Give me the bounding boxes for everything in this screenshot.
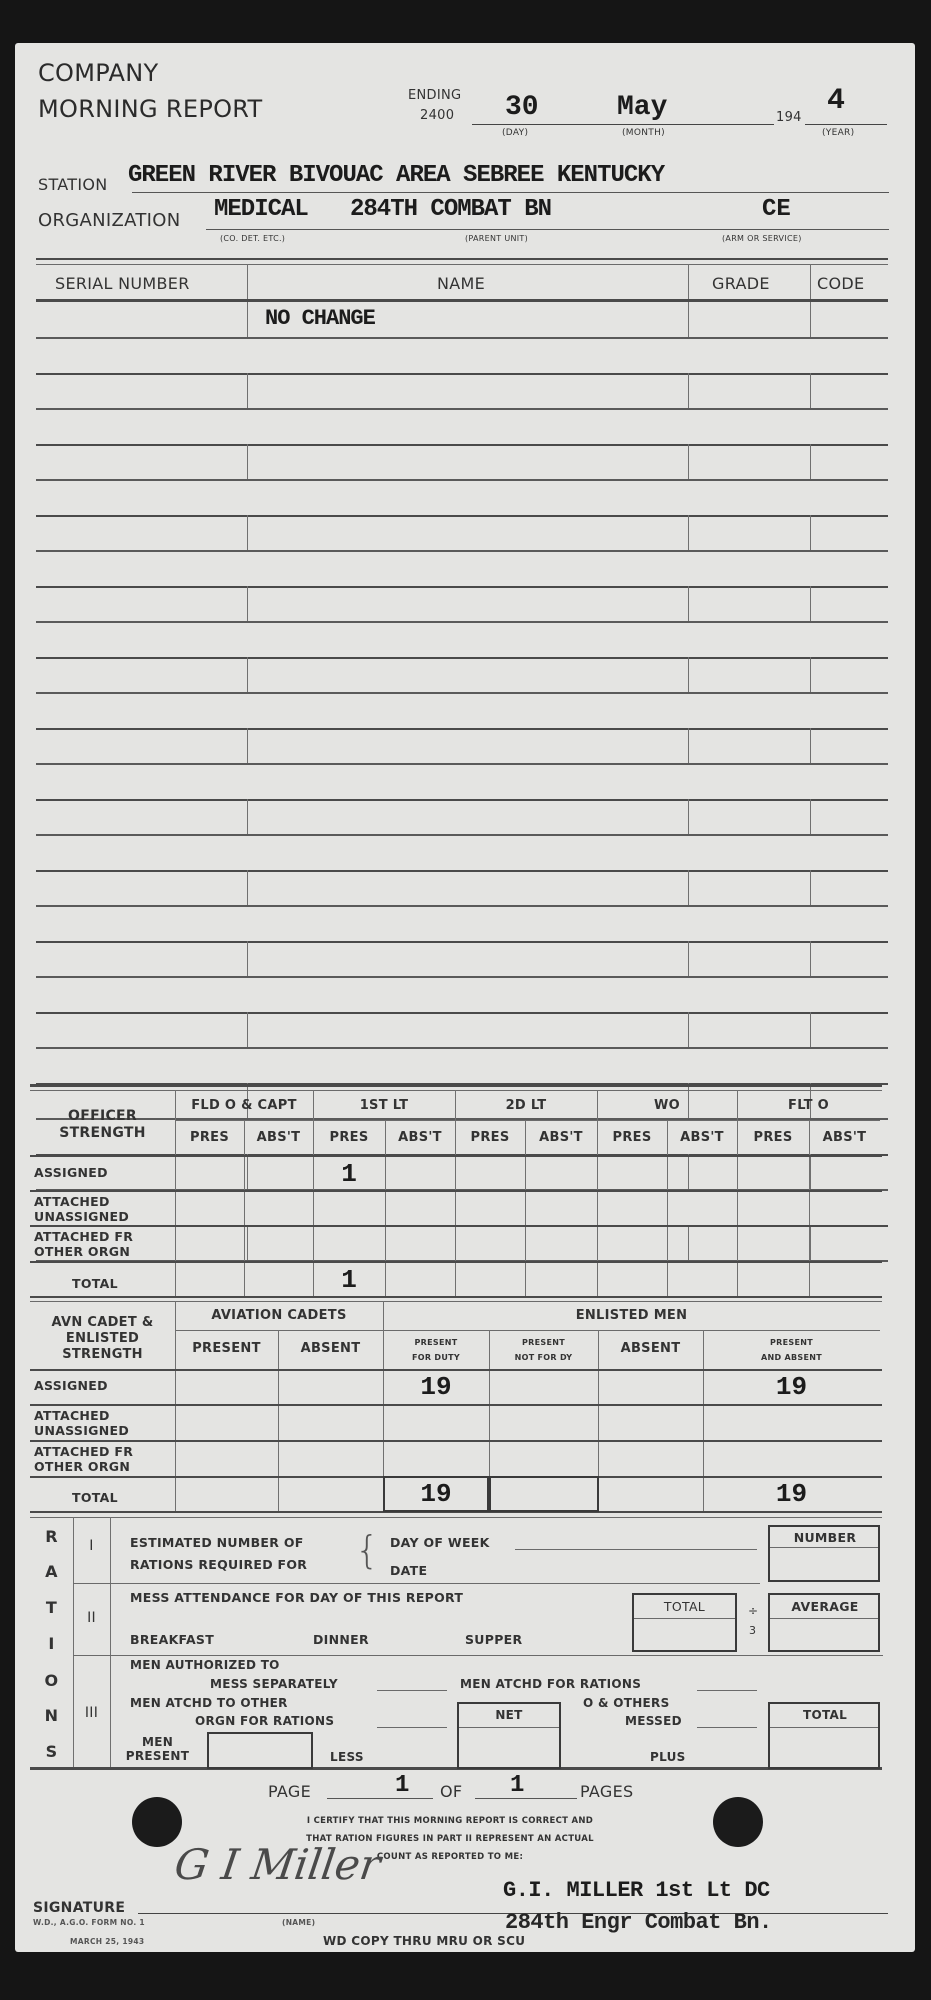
day-of-week-label: DAY OF WEEK xyxy=(390,1535,490,1550)
certify-line-1: I CERTIFY THAT THIS MORNING REPORT IS CO… xyxy=(230,1812,670,1830)
total-pages: 1 xyxy=(510,1772,524,1799)
enlisted-cell-value: 19 xyxy=(383,1372,489,1402)
handwritten-signature: G I Miller xyxy=(172,1840,384,1889)
aviation-cadets-group: AVIATION CADETS xyxy=(175,1308,383,1323)
officer-row-label: ATTACHED FR OTHER ORGN xyxy=(34,1229,174,1259)
year-caption: (YEAR) xyxy=(822,128,854,138)
form-title-company: COMPANY xyxy=(38,60,158,86)
date-label: DATE xyxy=(390,1563,427,1578)
plus-label: PLUS xyxy=(650,1750,686,1764)
roster-entry-name: NO CHANGE xyxy=(265,306,375,331)
ending-label: ENDING xyxy=(408,88,461,103)
officer-subcol: PRES xyxy=(597,1130,667,1145)
rations-side-letter: N xyxy=(30,1706,73,1725)
officer-subcol: PRES xyxy=(313,1130,385,1145)
officer-subcol: ABS'T xyxy=(809,1130,880,1145)
page-number: 1 xyxy=(395,1772,409,1799)
officer-cell-value: 1 xyxy=(313,1159,385,1189)
rations-part-1-numeral: I xyxy=(73,1538,110,1554)
mess-attendance-text: MESS ATTENDANCE FOR DAY OF THIS REPORT xyxy=(130,1590,463,1605)
officer-row-label: TOTAL xyxy=(72,1276,172,1291)
officer-row-label: ATTACHED UNASSIGNED xyxy=(34,1194,174,1224)
mess-separately-label: MESS SEPARATELY xyxy=(210,1677,338,1691)
orgn-for-rations-label: ORGN FOR RATIONS xyxy=(195,1714,334,1728)
officer-subcol: PRES xyxy=(455,1130,525,1145)
dinner-label: DINNER xyxy=(313,1632,369,1647)
rations-total-label: TOTAL xyxy=(770,1708,880,1722)
binder-hole-left xyxy=(132,1797,182,1847)
enlisted-strength-title: AVN CADET & ENLISTED STRENGTH xyxy=(30,1315,175,1363)
enlisted-row-label: ATTACHED FR OTHER ORGN xyxy=(34,1444,174,1474)
supper-label: SUPPER xyxy=(465,1632,522,1647)
men-present-label: MENPRESENT xyxy=(110,1735,205,1763)
col-name: NAME xyxy=(437,274,485,293)
mess-average-label: AVERAGE xyxy=(770,1599,880,1614)
total-present-duty-box xyxy=(383,1476,489,1512)
men-present-box xyxy=(207,1732,313,1769)
messed-label: MESSED xyxy=(625,1714,682,1728)
officer-group-3: WO xyxy=(597,1098,737,1113)
station-label: STATION xyxy=(38,175,108,194)
rations-side-letter: O xyxy=(30,1671,73,1690)
divide-icon: ÷ xyxy=(748,1604,758,1618)
net-label: NET xyxy=(459,1708,559,1722)
organization-company: MEDICAL xyxy=(214,196,308,223)
divisor-value: 3 xyxy=(749,1624,756,1637)
ending-time-label: 2400 xyxy=(420,108,454,123)
officer-subcol: ABS'T xyxy=(667,1130,737,1145)
form-date: MARCH 25, 1943 xyxy=(70,1937,144,1946)
signer-name: G.I. MILLER 1st Lt DC xyxy=(503,1878,770,1903)
officer-subcol: ABS'T xyxy=(385,1130,455,1145)
less-label: LESS xyxy=(330,1750,364,1764)
enlisted-row-label: ASSIGNED xyxy=(34,1378,174,1393)
rations-part-2-numeral: II xyxy=(73,1610,110,1626)
officer-cell-value: 1 xyxy=(313,1265,385,1295)
rations-side-letter: I xyxy=(30,1634,73,1653)
enlisted-col-header: PRESENTNOT FOR DY xyxy=(489,1335,598,1365)
mess-total-label: TOTAL xyxy=(634,1599,735,1614)
of-label: OF xyxy=(440,1782,462,1801)
officer-subcol: ABS'T xyxy=(525,1130,597,1145)
organization-label: ORGANIZATION xyxy=(38,210,181,231)
report-day: 30 xyxy=(505,92,539,123)
col-code: CODE xyxy=(817,274,864,293)
binder-hole-right xyxy=(713,1797,763,1847)
enlisted-col-header: PRESENTAND ABSENT xyxy=(703,1335,880,1365)
total-present-not-duty-box xyxy=(489,1476,599,1512)
signer-unit: 284th Engr Combat Bn. xyxy=(505,1910,772,1935)
men-authorized-label: MEN AUTHORIZED TO xyxy=(130,1658,280,1672)
men-atchd-rations-label: MEN ATCHD FOR RATIONS xyxy=(460,1677,641,1691)
rations-side-letter: S xyxy=(30,1742,73,1761)
officer-group-1: 1ST LT xyxy=(313,1098,455,1113)
name-caption: (NAME) xyxy=(282,1918,315,1927)
report-month: May xyxy=(617,92,667,123)
organization-parent-unit: 284TH COMBAT BN xyxy=(350,196,551,223)
officer-strength-title: OFFICER STRENGTH xyxy=(30,1108,175,1142)
men-atchd-other-label: MEN ATCHD TO OTHER xyxy=(130,1696,288,1710)
enlisted-row-label: TOTAL xyxy=(72,1490,172,1505)
company-caption: (CO. DET. ETC.) xyxy=(220,234,285,243)
officer-subcol: PRES xyxy=(175,1130,244,1145)
enlisted-col-header: ABSENT xyxy=(598,1341,703,1356)
form-title-morning-report: MORNING REPORT xyxy=(38,96,262,122)
officer-group-0: FLD O & CAPT xyxy=(175,1098,313,1113)
estimated-number-text: ESTIMATED NUMBER OF xyxy=(130,1535,304,1550)
report-year-digit: 4 xyxy=(827,84,845,118)
rations-side-letter: A xyxy=(30,1562,73,1581)
page-label: PAGE xyxy=(268,1782,311,1801)
officer-group-2: 2D LT xyxy=(455,1098,597,1113)
enlisted-cell-value: 19 xyxy=(703,1479,880,1509)
officer-subcol: PRES xyxy=(737,1130,809,1145)
organization-arm-service: CE xyxy=(762,196,791,223)
o-others-label: O & OTHERS xyxy=(583,1696,670,1710)
brace-icon: { xyxy=(355,1528,379,1572)
officer-row-label: ASSIGNED xyxy=(34,1165,174,1180)
col-grade: GRADE xyxy=(712,274,770,293)
year-prefix: 194 xyxy=(776,110,802,125)
month-caption: (MONTH) xyxy=(622,128,665,138)
enlisted-row-label: ATTACHED UNASSIGNED xyxy=(34,1408,174,1438)
rations-required-text: RATIONS REQUIRED FOR xyxy=(130,1557,307,1572)
arm-service-caption: (ARM OR SERVICE) xyxy=(722,234,802,243)
pages-label: PAGES xyxy=(580,1782,633,1801)
enlisted-cell-value: 19 xyxy=(703,1372,880,1402)
copy-note: WD COPY THRU MRU OR SCU xyxy=(323,1934,525,1948)
station-value: GREEN RIVER BIVOUAC AREA SEBREE KENTUCKY xyxy=(128,162,664,189)
officer-subcol: ABS'T xyxy=(244,1130,313,1145)
parent-unit-caption: (PARENT UNIT) xyxy=(465,234,528,243)
rations-side-letter: T xyxy=(30,1598,73,1617)
enlisted-col-header: ABSENT xyxy=(278,1341,383,1356)
enlisted-men-group: ENLISTED MEN xyxy=(383,1308,880,1323)
form-number: W.D., A.G.O. FORM NO. 1 xyxy=(33,1918,145,1927)
rations-side-letter: R xyxy=(30,1527,73,1546)
enlisted-col-header: PRESENT xyxy=(175,1341,278,1356)
col-serial-number: SERIAL NUMBER xyxy=(55,274,190,293)
enlisted-col-header: PRESENTFOR DUTY xyxy=(383,1335,489,1365)
number-label: NUMBER xyxy=(770,1530,880,1545)
breakfast-label: BREAKFAST xyxy=(130,1632,214,1647)
day-caption: (DAY) xyxy=(502,128,528,138)
signature-label: SIGNATURE xyxy=(33,1900,125,1916)
officer-group-4: FLT O xyxy=(737,1098,880,1113)
rations-part-3-numeral: III xyxy=(73,1705,110,1721)
